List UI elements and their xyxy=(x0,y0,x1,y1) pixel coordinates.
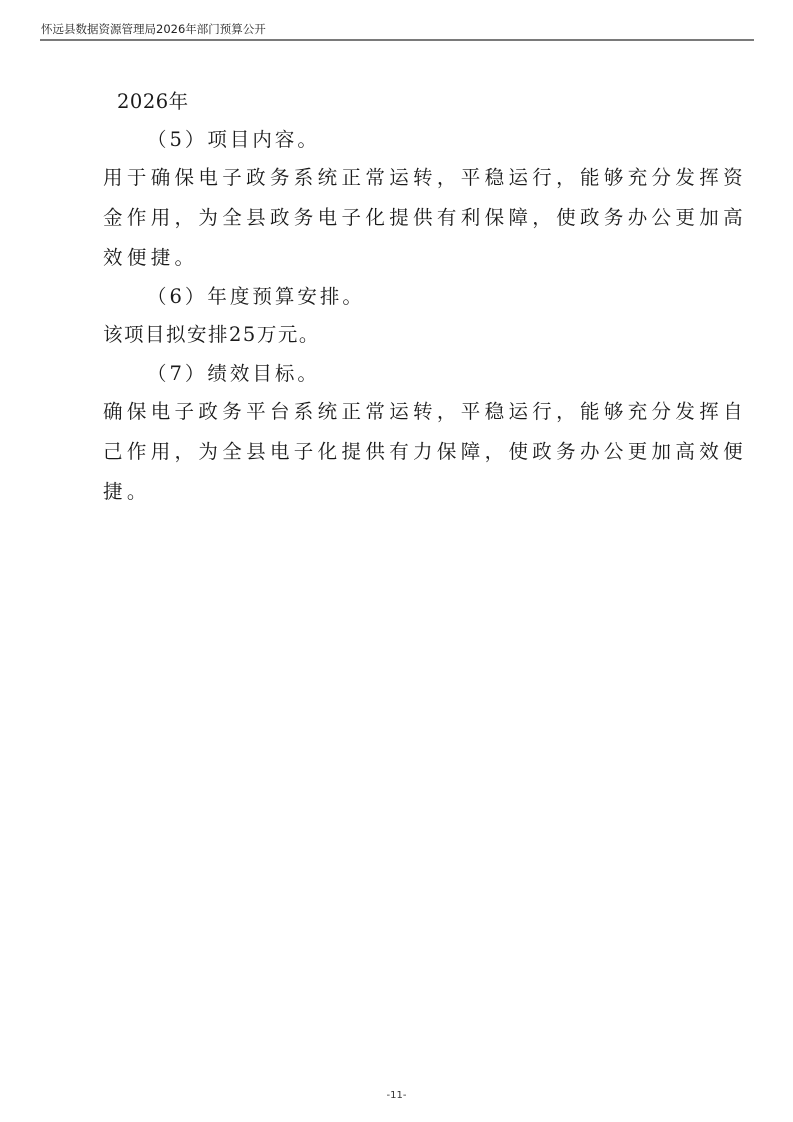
section-heading-project-content: （5）项目内容。 xyxy=(147,124,320,152)
header-divider xyxy=(40,39,754,41)
paragraph-line: 确保电子政务平台系统正常运转，平稳运行，能够充分发挥自 xyxy=(103,396,747,424)
budget-amount-text: 该项目拟安排25万元。 xyxy=(103,319,320,347)
paragraph-line: 己作用，为全县电子化提供有力保障，使政务办公更加高效便 xyxy=(103,436,747,464)
document-header: 怀远县数据资源管理局2026年部门预算公开 xyxy=(41,22,753,40)
page-number: -11- xyxy=(0,1090,793,1101)
paragraph-line: 用于确保电子政务系统正常运转，平稳运行，能够充分发挥资 xyxy=(103,162,747,190)
paragraph-line: 捷。 xyxy=(103,476,151,504)
section-heading-annual-budget: （6）年度预算安排。 xyxy=(147,281,365,309)
paragraph-line: 效便捷。 xyxy=(103,242,198,270)
section-heading-performance-goal: （7）绩效目标。 xyxy=(147,358,320,386)
continuation-year: 2026年 xyxy=(117,86,189,114)
paragraph-line: 金作用，为全县政务电子化提供有利保障，使政务办公更加高 xyxy=(103,202,747,230)
